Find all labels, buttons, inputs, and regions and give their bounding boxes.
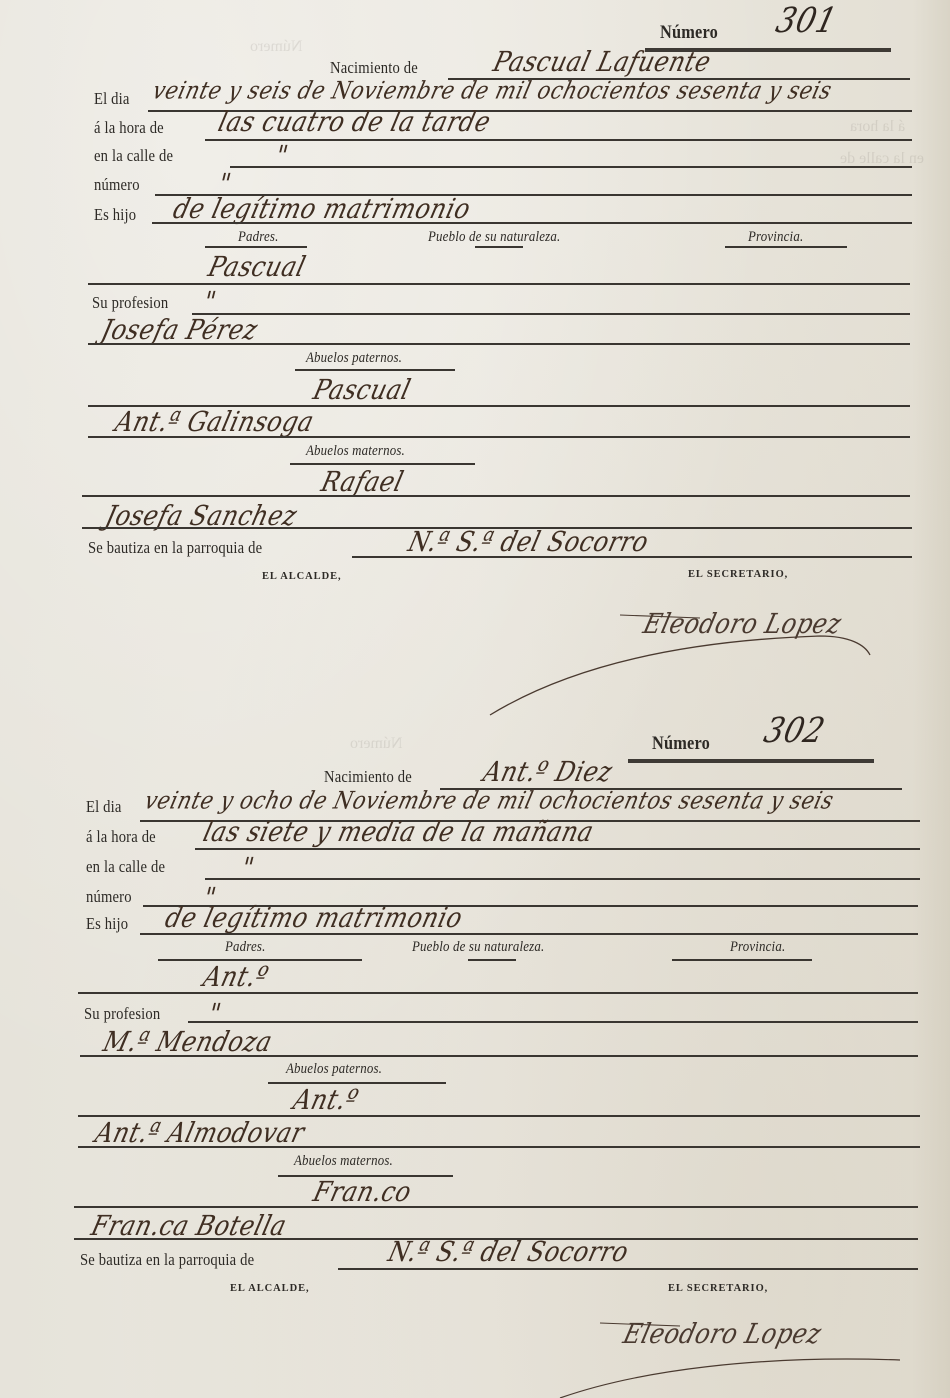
signature-flourish [0, 0, 950, 1398]
